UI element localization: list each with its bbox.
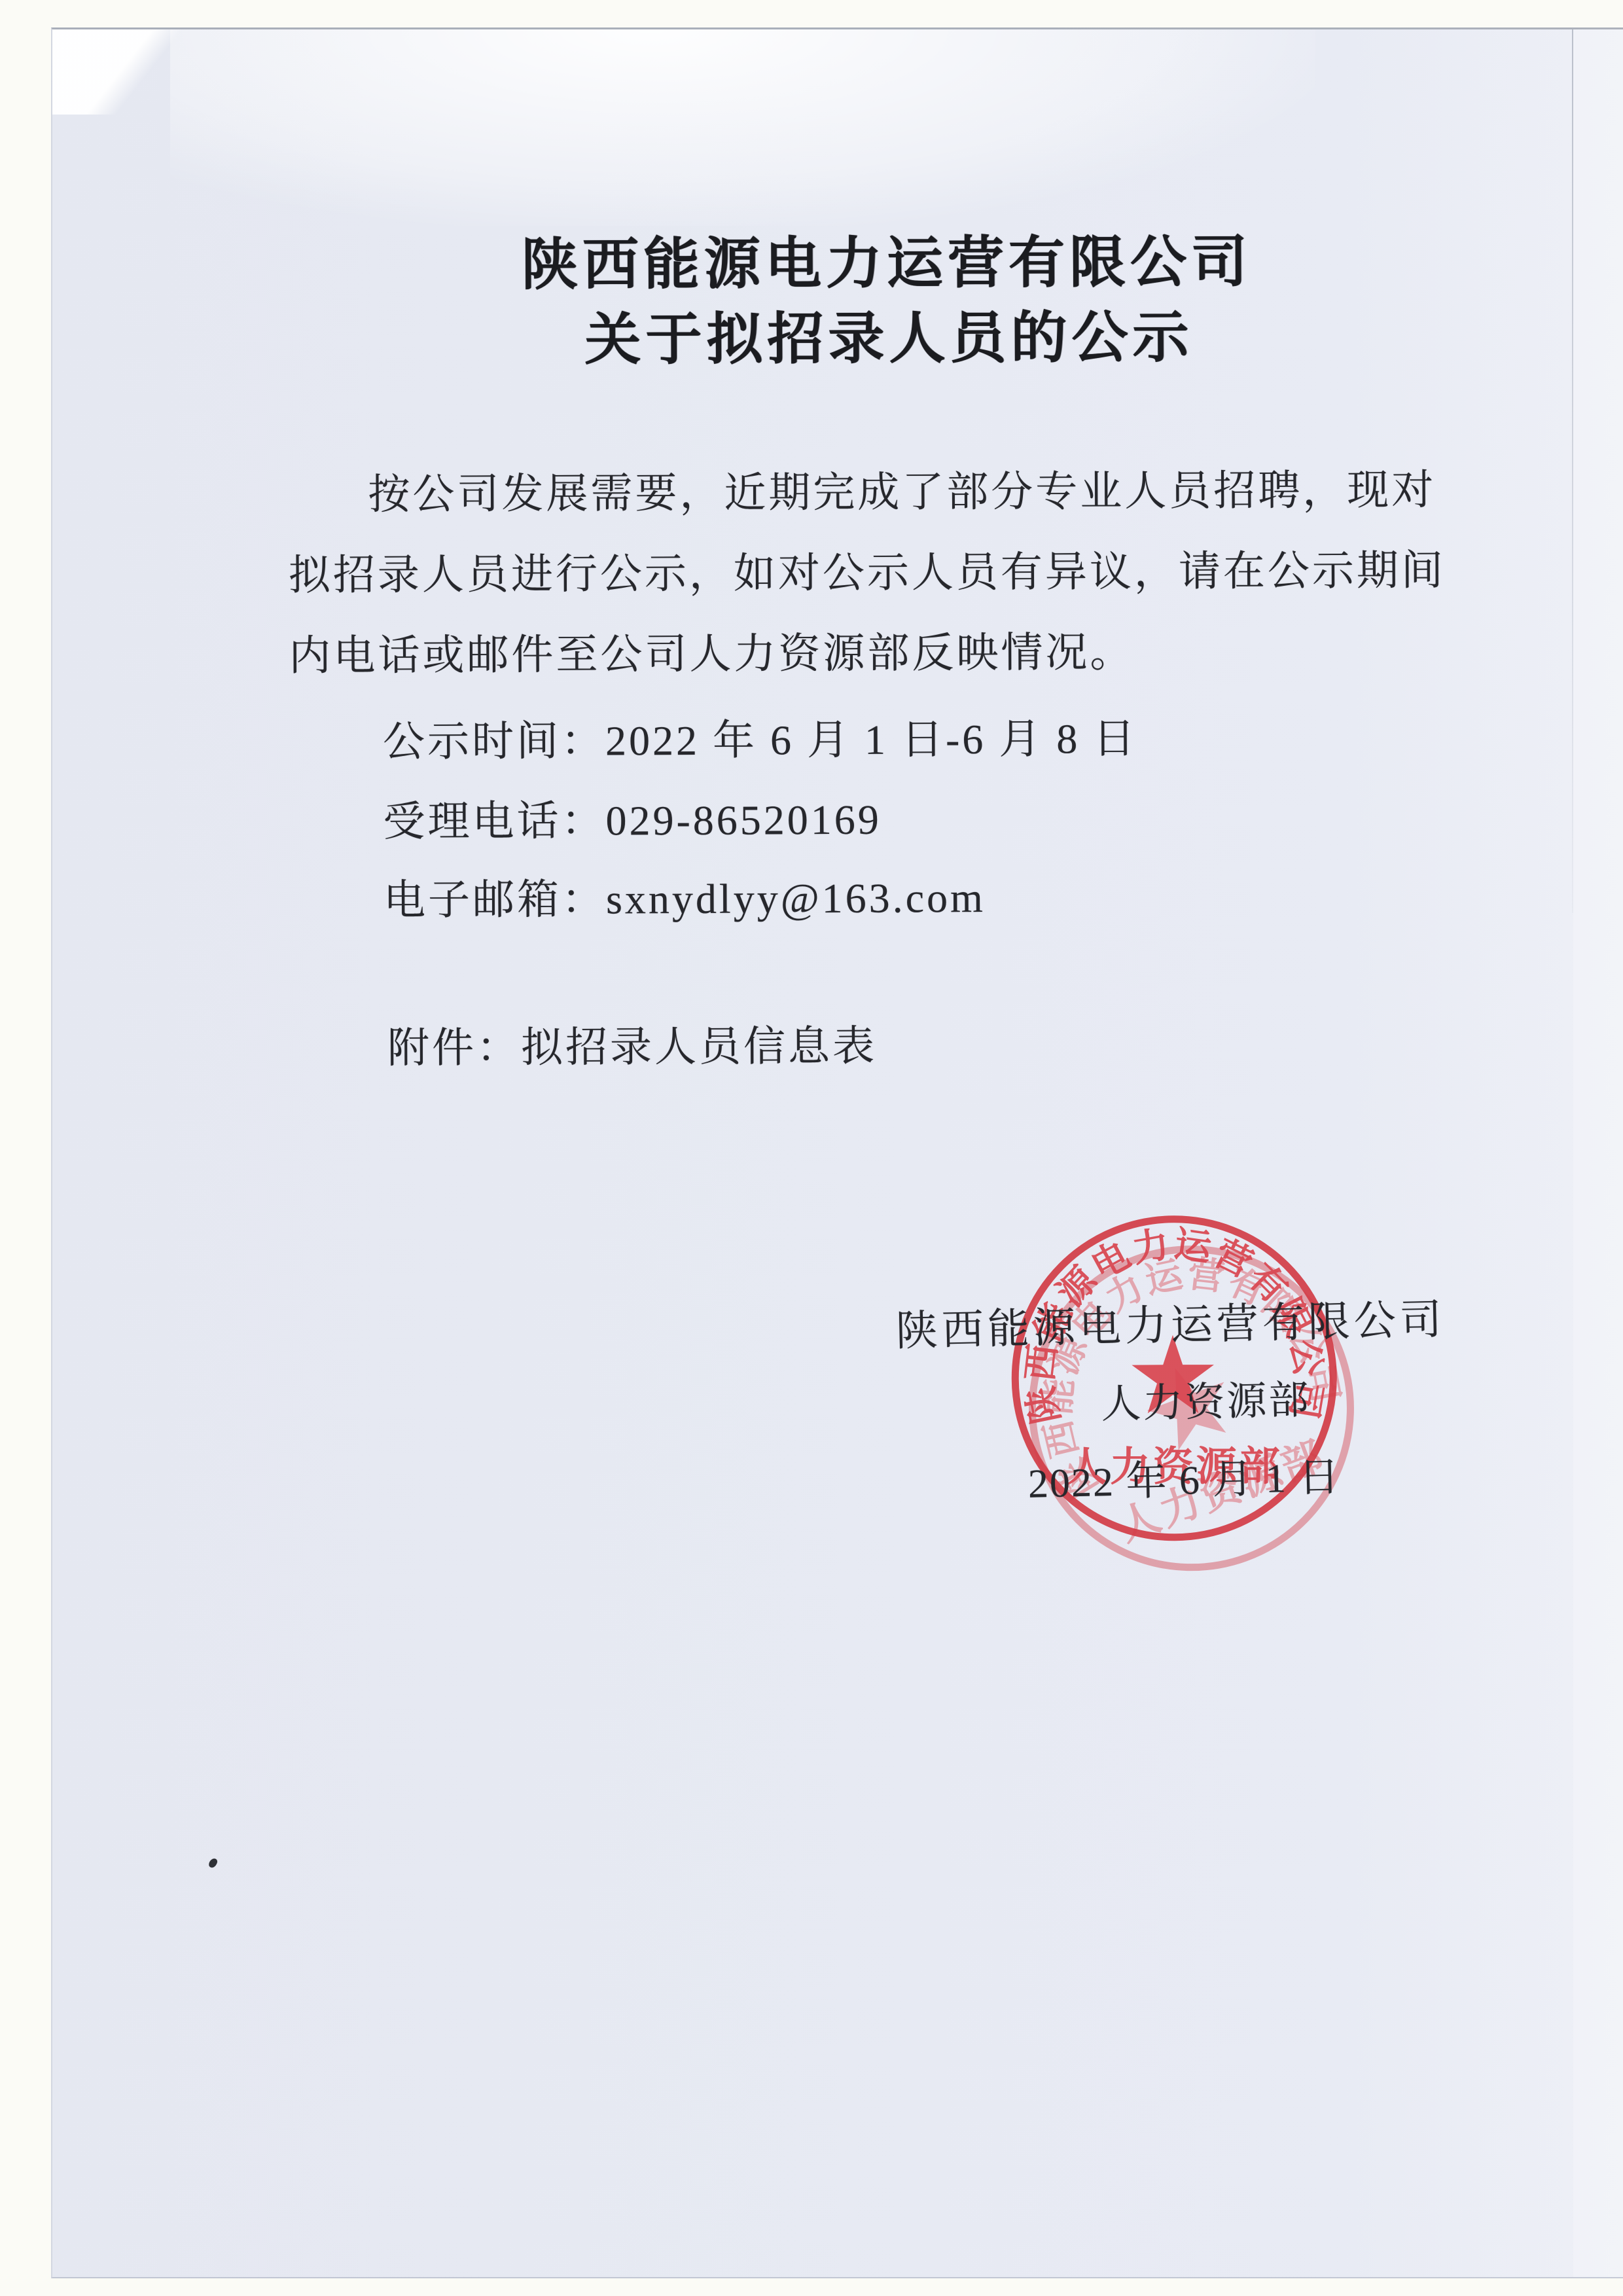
- attachment-value: 拟招录人员信息表: [521, 1023, 877, 1071]
- contact-email-line: 电子邮箱：sxnydlyy@163.com: [383, 877, 986, 922]
- contact-phone-label: 受理电话：: [383, 798, 605, 845]
- contact-phone-value: 029-86520169: [605, 797, 882, 844]
- contact-email-label: 电子邮箱：: [383, 876, 606, 924]
- paper-sheet: 陕西能源电力运营有限公司 关于拟招录人员的公示 按公司发展需要，近期完成了部分专…: [51, 27, 1623, 2278]
- notice-title-line-2: 关于拟招录人员的公示: [584, 310, 1193, 368]
- publicity-period-value: 2022 年 6 月 1 日-6 月 8 日: [605, 715, 1138, 764]
- notice-title-line-1: 陕西能源电力运营有限公司: [522, 234, 1252, 293]
- scanned-page-background: { "notice": { "title_lines": ["陕西能源电力运营有…: [0, 0, 1623, 2296]
- body-paragraph-line-1: 按公司发展需要，近期完成了部分专业人员招聘，现对: [368, 469, 1436, 516]
- document-content: 陕西能源电力运营有限公司 关于拟招录人员的公示 按公司发展需要，近期完成了部分专…: [48, 26, 1623, 2280]
- contact-email-value: sxnydlyy@163.com: [606, 874, 986, 923]
- body-paragraph-line-3: 内电话或邮件至公司人力资源部反映情况。: [289, 632, 1134, 677]
- publicity-period-label: 公示时间：: [383, 718, 605, 765]
- signature-department: 人力资源部: [1101, 1380, 1311, 1425]
- publicity-period-line: 公示时间：2022 年 6 月 1 日-6 月 8 日: [383, 718, 1138, 763]
- body-paragraph-line-2: 拟招录人员进行公示，如对公示人员有异议，请在公示期间: [289, 550, 1446, 597]
- attachment-line: 附件：拟招录人员信息表: [387, 1026, 877, 1069]
- attachment-label: 附件：: [387, 1024, 521, 1071]
- contact-phone-line: 受理电话：029-86520169: [383, 799, 882, 843]
- signature-date: 2022 年 6 月 1 日: [1027, 1457, 1341, 1504]
